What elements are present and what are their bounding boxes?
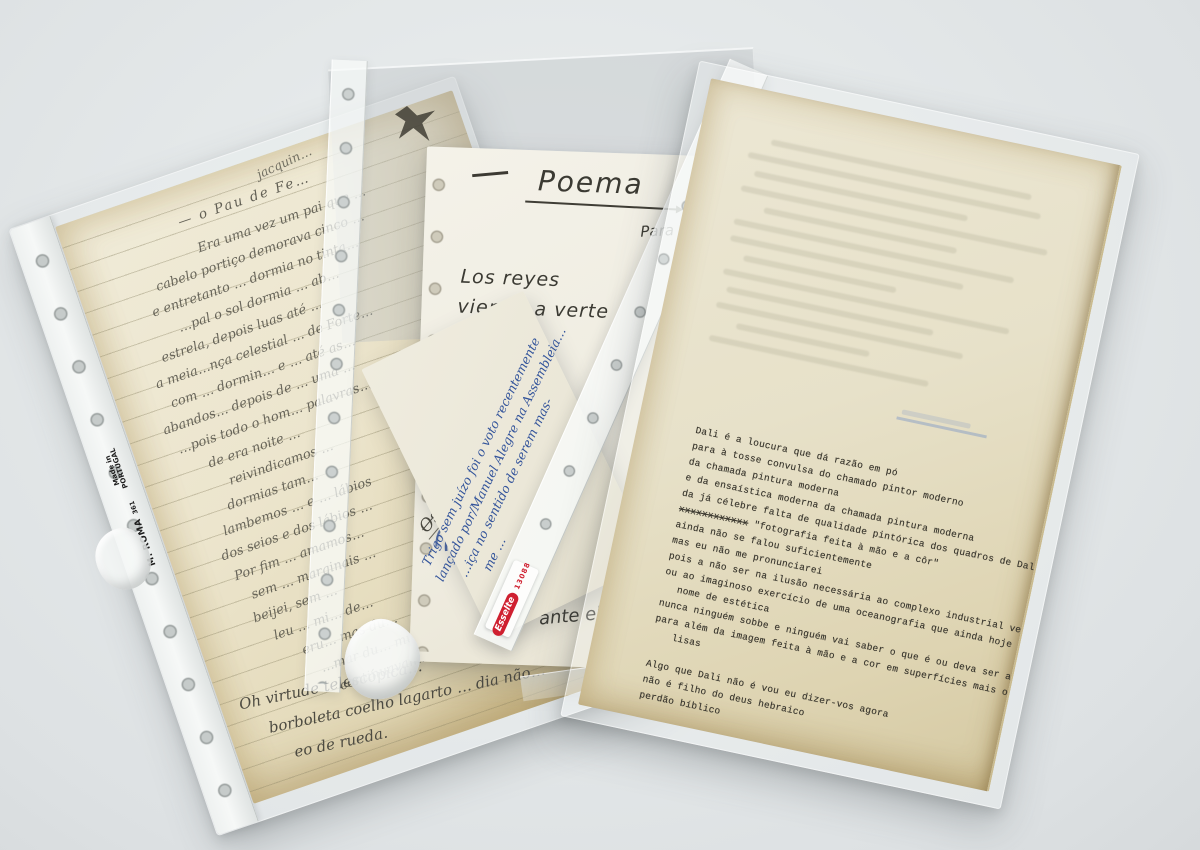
faded-line [733, 218, 1014, 283]
poem-title: Poema [537, 164, 644, 201]
faded-line [740, 185, 1047, 256]
faint-blue-mark [896, 416, 987, 438]
faded-line [723, 268, 1010, 335]
faded-line [735, 323, 869, 357]
faded-line [747, 152, 1041, 220]
pen-dash [472, 171, 508, 177]
title-underline-arrow [525, 201, 677, 211]
poem-line: Los reyes [460, 266, 560, 291]
photo-of-manuscripts: M. ROMA 361 Made in PORTUGAL jacquin… — … [0, 0, 1200, 850]
esselte-number: 13088 [513, 561, 532, 591]
typed-poem: Dali é a loucura que dá razão em pó para… [638, 423, 1096, 787]
brand-model: 361 [127, 500, 139, 515]
made-in-label: Made in PORTUGAL [102, 446, 130, 491]
faded-typewriting [706, 124, 1087, 422]
